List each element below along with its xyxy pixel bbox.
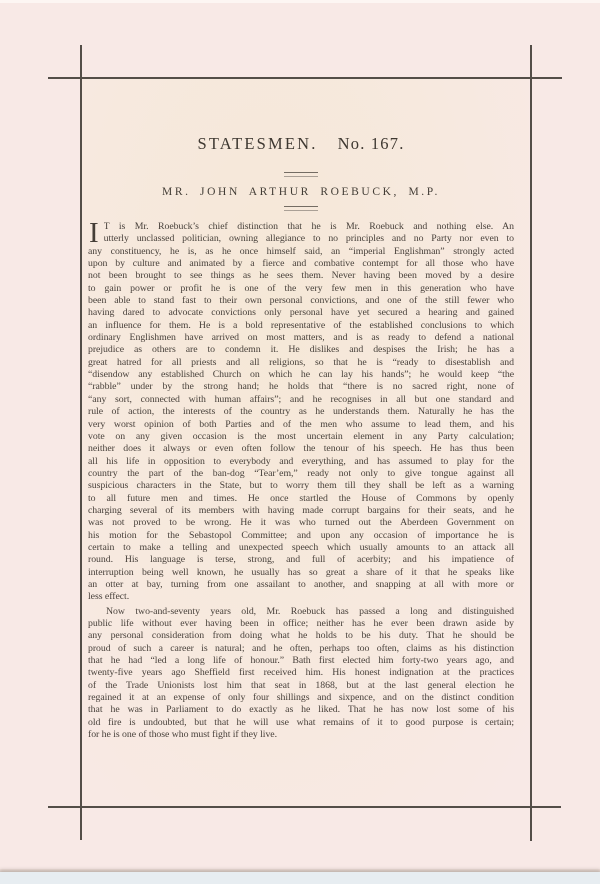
frame-rule-left [80, 45, 82, 840]
paragraph: Now two-and-seventy years old, Mr. Roebu… [88, 606, 514, 742]
text-line: not been brought to see things as he see… [88, 270, 514, 282]
series-heading: STATESMEN. No. 167. [88, 134, 514, 154]
text-line: charging several of its members with hav… [88, 505, 514, 517]
subject-title: MR. JOHN ARTHUR ROEBUCK, M.P. [88, 186, 514, 198]
text-line: T is Mr. Roebuck’s chief distinction tha… [104, 221, 514, 233]
text-line: to gain power or profit he is one of the… [88, 283, 514, 295]
text-line: ordinary Englishmen have arrived on most… [88, 332, 514, 344]
text-line: prejudice as others are to condemn it. H… [88, 344, 514, 356]
text-line: vote on any given occasion is the most u… [88, 431, 514, 443]
text-line: regained it at an expense of only four s… [88, 692, 514, 704]
text-line: of the Trade Unionists lost him that sea… [88, 680, 514, 692]
text-line: upon by culture and animated by a fierce… [88, 258, 514, 270]
frame-rule-right [530, 45, 532, 841]
text-line: old fire is undoubted, but that he will … [88, 717, 514, 729]
text-line: that he had “led a long life of honour.”… [88, 655, 514, 667]
text-line: interruption being well known, he usuall… [88, 567, 514, 579]
frame-rule-top [48, 77, 562, 79]
text-line: twenty-five years ago Sheffield first re… [88, 667, 514, 679]
text-line: less effect. [88, 591, 514, 603]
text-line: an otter at bay, turning from one assail… [88, 579, 514, 591]
text-line: neither does it always or even often fol… [88, 443, 514, 455]
text-line: was not proved to be wrong. He it was wh… [88, 517, 514, 529]
text-line: public life without ever having been in … [88, 618, 514, 630]
table-surface [0, 872, 600, 884]
text-line: “any sort, connected with human affairs”… [88, 394, 514, 406]
ornamental-rule-top [284, 172, 318, 177]
photo-top-edge [0, 0, 600, 3]
text-line: been able to stand fast to their own per… [88, 295, 514, 307]
text-line: country the part of the ban-dog “Tear’em… [88, 468, 514, 480]
text-line: an influence for them. He is a bold repr… [88, 320, 514, 332]
text-line: round. His language is terse, strong, an… [88, 554, 514, 566]
text-line: Now two-and-seventy years old, Mr. Roebu… [88, 606, 514, 618]
text-line: certain to make a telling and unexpected… [88, 542, 514, 554]
text-line: great hatred for all priests and all rel… [88, 357, 514, 369]
series-number: No. 167. [338, 134, 405, 154]
text-line: his motion for the Sebastopol Committee;… [88, 530, 514, 542]
scanned-page-photo: STATESMEN. No. 167. MR. JOHN ARTHUR ROEB… [0, 0, 600, 884]
text-line: “disendow any established Church on whic… [88, 369, 514, 381]
text-line: having dared to advocate convictions onl… [88, 307, 514, 319]
text-line: suspicious characters in the State, but … [88, 480, 514, 492]
text-line: very worst opinion of both Parties and o… [88, 419, 514, 431]
frame-rule-bottom [48, 806, 561, 808]
drop-cap: I [89, 222, 99, 245]
series-title: STATESMEN. [197, 134, 317, 154]
text-line: “rabble” under by the strong hand; he ho… [88, 381, 514, 393]
ornamental-rule-bottom [284, 206, 318, 211]
text-line: any constituency, he is, as he once hims… [88, 246, 514, 258]
text-line: to all future men and times. He once sta… [88, 493, 514, 505]
text-line: that he was in Parliament to do exactly … [88, 704, 514, 716]
text-line: proud of such a career is natural; and h… [88, 643, 514, 655]
text-line: all his life in opposition to everybody … [88, 456, 514, 468]
article-body: IT is Mr. Roebuck’s chief distinction th… [88, 221, 514, 741]
text-line: any personal consideration from doing wh… [88, 630, 514, 642]
text-line: utterly unclassed politician, owning all… [104, 233, 514, 245]
text-line: for he is one of those who must fight if… [88, 729, 514, 741]
paragraph: IT is Mr. Roebuck’s chief distinction th… [88, 221, 514, 604]
text-line: rule of action, the interests of the cou… [88, 406, 514, 418]
